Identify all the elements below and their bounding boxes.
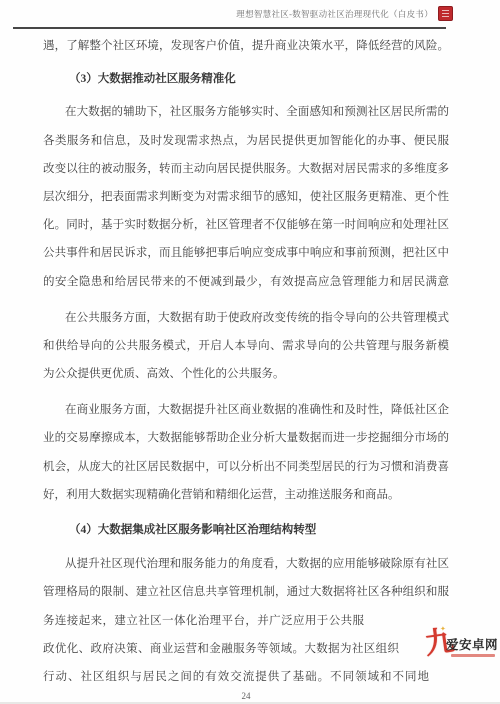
text-line: 化。同时，基于实时数据分析，社区管理者不仅能够在第一时间响应和处理社区 xyxy=(43,211,449,239)
text-line: 在商业服务方面，大数据提升社区商业数据的准确性和及时性，降低社区企 xyxy=(43,396,449,424)
header-rule xyxy=(13,27,446,29)
document-page: 理想智慧社区-数智驱动社区治理现代化（白皮书） 遇，了解整个社区环境，发现客户价… xyxy=(0,0,500,704)
text-line: 的安全隐患和给居民带来的不便减到最少，有效提高应急管理能力和居民满意度。 xyxy=(43,268,449,296)
watermark-subtext-bar xyxy=(451,654,495,657)
section-heading: （3）大数据推动社区服务精准化 xyxy=(43,65,449,93)
text-line: 和供给导向的公共服务模式，开启人本导向、需求导向的公共管理与服务新模式， xyxy=(43,332,449,360)
text-line: 从提升社区现代治理和服务能力的角度看，大数据的应用能够破除原有社区 xyxy=(43,550,449,578)
text-line: 管理格局的限制、建立社区信息共享管理机制，通过大数据将社区各种组织和服 xyxy=(43,578,449,606)
text-line: 机会，从庞大的社区居民数据中，可以分析出不同类型居民的行为习惯和消费喜 xyxy=(43,453,449,481)
text-line: 在大数据的辅助下，社区服务方能够实时、全面感知和预测社区居民所需的 xyxy=(43,98,449,126)
text-line: 务连接起来，建立社区一体化治理平台，并广泛应用于公共服务、廉政 xyxy=(43,607,449,635)
text-line: 层次细分，把表面需求判断变为对需求细节的感知，使社区服务更精准、更个性 xyxy=(43,183,449,211)
text-line: 改变以往的被动服务，转而主动向居民提供服务。大数据对居民需求的多维度多 xyxy=(43,155,449,183)
text-line: 业的交易摩擦成本，大数据能够帮助企业分析大量数据而进一步挖掘细分市场的 xyxy=(43,424,449,452)
text-line: 公共事件和居民诉求，而且能够把事后响应变成事中响应和事前预测，把社区中 xyxy=(43,239,449,267)
text-line: 政优化、政府决策、商业运营和金融服务等领域。大数据为社区组织之 xyxy=(43,635,449,663)
text-line: 在公共服务方面，大数据有助于使政府改变传统的指令导向的公共管理模式 xyxy=(43,304,449,332)
text-line: 好，利用大数据实现精确化营销和精细化运营，主动推送服务和商品。 xyxy=(43,481,449,509)
body-text: 遇，了解整个社区环境，发现客户价值，提升商业决策水平，降低经营的风险。 （3）大… xyxy=(43,32,449,691)
red-badge-icon xyxy=(438,6,453,21)
text-line: 行动、社区组织与居民之间的有效交流提供了基础。不同领域和不同地 xyxy=(43,663,449,691)
text-line: 遇，了解整个社区环境，发现客户价值，提升商业决策水平，降低经营的风险。 xyxy=(43,32,449,60)
header-title: 理想智慧社区-数智驱动社区治理现代化（白皮书） xyxy=(236,8,433,20)
sparkle-icon: ✦ xyxy=(440,625,446,633)
watermark-text: 爱安卓网 xyxy=(446,635,498,653)
text-line: 为公众提供更优质、高效、个性化的公共服务。 xyxy=(43,360,449,388)
section-heading: （4）大数据集成社区服务影响社区治理结构转型 xyxy=(43,516,449,544)
site-watermark: 九 ✦ 爱安卓网 xyxy=(425,627,500,672)
page-header: 理想智慧社区-数智驱动社区治理现代化（白皮书） xyxy=(13,6,453,21)
page-number: 24 xyxy=(43,691,449,701)
text-line: 各类服务和信息，及时发现需求热点，为居民提供更加智能化的办事、便民服务， xyxy=(43,127,449,155)
